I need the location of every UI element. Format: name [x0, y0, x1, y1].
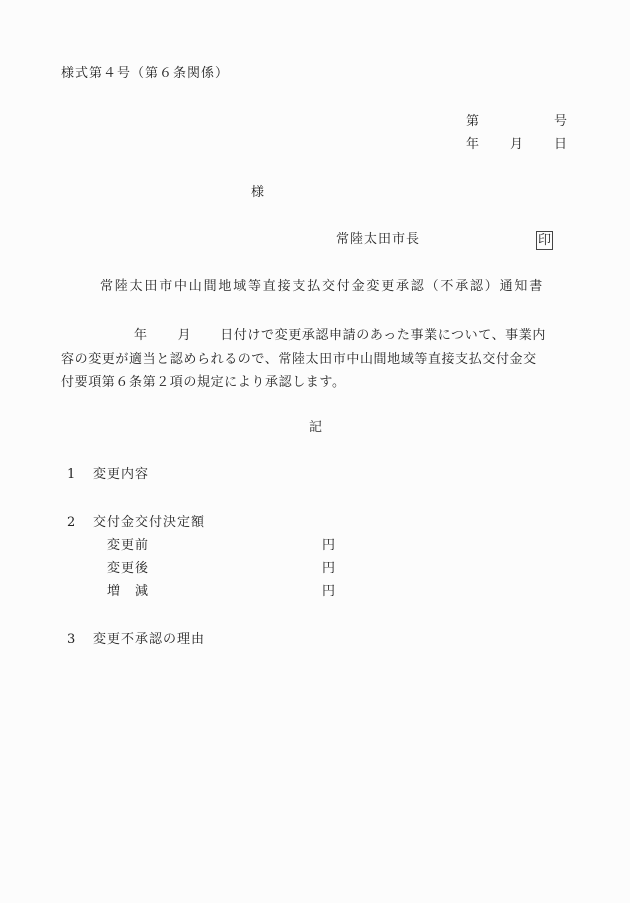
date-day: 日	[554, 137, 567, 153]
body-month: 月	[178, 328, 192, 343]
seal-mark: 印	[536, 231, 553, 250]
body-line-2: 容の変更が適当と認められるので、常陸太田市中山間地域等直接支払交付金交	[61, 348, 581, 372]
ki-heading: 記	[309, 420, 322, 436]
body-text-1: 日付けで変更承認申請のあった事業について、事業内	[220, 328, 546, 343]
item-2-number: 2	[67, 515, 75, 531]
amount-after-label: 変更後	[107, 561, 149, 577]
item-3-label: 変更不承認の理由	[93, 632, 205, 648]
amount-diff-label: 増 減	[107, 584, 149, 600]
amount-diff-unit: 円	[322, 584, 335, 600]
issuer-name: 常陸太田市長	[336, 232, 420, 248]
body-year: 年	[134, 328, 148, 343]
body-line-1: 年月日付けで変更承認申請のあった事業について、事業内	[61, 324, 581, 348]
amount-before-unit: 円	[322, 538, 335, 554]
date-month: 月	[510, 137, 523, 153]
amount-after-unit: 円	[322, 561, 335, 577]
reference-no-suffix: 号	[554, 114, 567, 130]
addressee-suffix: 様	[251, 185, 264, 201]
item-1-label: 変更内容	[93, 467, 149, 483]
body-line-3: 付要項第６条第２項の規定により承認します。	[61, 371, 581, 395]
document-title: 常陸太田市中山間地域等直接支払交付金変更承認（不承認）通知書	[100, 279, 544, 295]
seal-box: 印	[536, 231, 553, 250]
body-paragraph: 年月日付けで変更承認申請のあった事業について、事業内 容の変更が適当と認められる…	[61, 324, 581, 395]
item-2-label: 交付金交付決定額	[93, 515, 205, 531]
form-label: 様式第４号（第６条関係）	[61, 66, 229, 82]
amount-before-label: 変更前	[107, 538, 149, 554]
item-1-number: 1	[67, 467, 75, 483]
date-year: 年	[466, 137, 479, 153]
reference-no-prefix: 第	[466, 114, 479, 130]
item-3-number: 3	[67, 632, 75, 648]
